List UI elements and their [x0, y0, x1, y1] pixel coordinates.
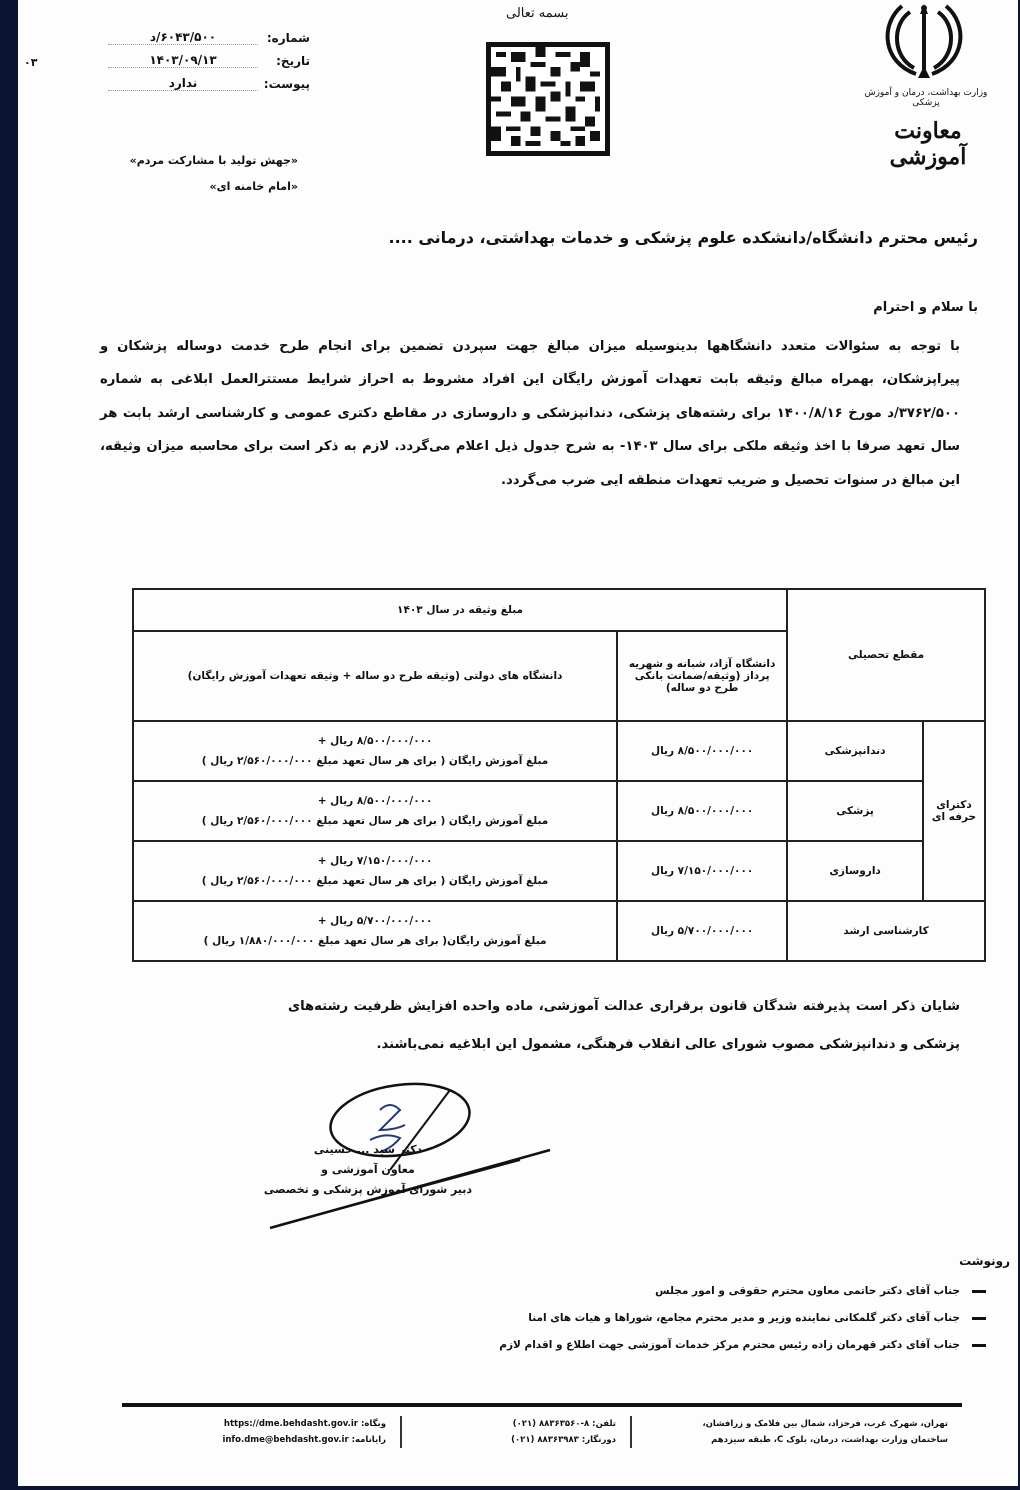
group-label: دکترای حرفه ای	[923, 721, 985, 901]
qr-code-icon	[486, 42, 610, 156]
th-amount-1403: مبلغ وثیقه در سال ۱۴۰۳	[133, 589, 787, 631]
greeting: با سلام و احترام	[873, 300, 978, 315]
bismillah: بسمه تعالی	[506, 6, 568, 21]
meta-number: شماره: ۶۰۴۳/۵۰۰/د	[90, 22, 310, 45]
cell-field: دندانپزشکی	[787, 721, 923, 781]
ministry-name: وزارت بهداشت، درمان و آموزش پزشکی	[856, 88, 996, 108]
letter-page: شماره: ۶۰۴۳/۵۰۰/د تاریخ: ۱۴۰۳/۰۹/۱۳ پیوس…	[18, 0, 1018, 1486]
recipient: رئیس محترم دانشگاه/دانشکده علوم پزشکی و …	[389, 228, 979, 247]
th-private: دانشگاه آزاد، شبانه و شهریه پرداز (وثیقه…	[617, 631, 787, 721]
table-row: داروسازی ۷/۱۵۰/۰۰۰/۰۰۰ ریال ۷/۱۵۰/۰۰۰/۰۰…	[133, 841, 985, 901]
cell-gov: ۸/۵۰۰/۰۰۰/۰۰۰ ریال + مبلغ آموزش رایگان (…	[133, 721, 617, 781]
cell-private: ۷/۱۵۰/۰۰۰/۰۰۰ ریال	[617, 841, 787, 901]
deputy-name: معاونت آموزشی	[858, 118, 998, 170]
table-row: کارشناسی ارشد ۵/۷۰۰/۰۰۰/۰۰۰ ریال ۵/۷۰۰/۰…	[133, 901, 985, 961]
dash-icon	[972, 1317, 986, 1320]
footer-phones: تلفن: (۰۲۱) ۸۸۳۶۳۵۶۰-۸ دورنگار: (۰۲۱) ۸۸…	[402, 1416, 632, 1448]
footer-address: تهران، شهرک غرب، فرحزاد، شمال بین فلامک …	[632, 1416, 962, 1448]
cell-gov: ۷/۱۵۰/۰۰۰/۰۰۰ ریال + مبلغ آموزش رایگان (…	[133, 841, 617, 901]
cell-gov: ۸/۵۰۰/۰۰۰/۰۰۰ ریال + مبلغ آموزش رایگان (…	[133, 781, 617, 841]
dash-icon	[972, 1344, 986, 1347]
table-row: دکترای حرفه ای دندانپزشکی ۸/۵۰۰/۰۰۰/۰۰۰ …	[133, 721, 985, 781]
side-number: ۰۳	[24, 56, 37, 69]
table-row: پزشکی ۸/۵۰۰/۰۰۰/۰۰۰ ریال ۸/۵۰۰/۰۰۰/۰۰۰ ر…	[133, 781, 985, 841]
th-gov: دانشگاه های دولتی (وثیقه طرح دو ساله + و…	[133, 631, 617, 721]
cell-field: پزشکی	[787, 781, 923, 841]
cell-private: ۵/۷۰۰/۰۰۰/۰۰۰ ریال	[617, 901, 787, 961]
deposit-table: مقطع تحصیلی مبلغ وثیقه در سال ۱۴۰۳ دانشگ…	[132, 588, 986, 962]
cc-list: جناب آقای دکتر حاتمی معاون محترم حقوقی و…	[366, 1278, 986, 1359]
signatory: دکتر سید ... حسینی معاون آموزشی و دبیر ش…	[238, 1140, 498, 1200]
cell-field: داروسازی	[787, 841, 923, 901]
motto: «جهش تولید با مشارکت مردم» «امام خامنه ا…	[78, 148, 298, 200]
cc-title: رونوشت	[959, 1254, 1010, 1268]
closing-paragraph: شایان ذکر است پذیرفته شدگان قانون برقرار…	[288, 988, 960, 1064]
meta-attachment: پیوست: ندارد	[90, 68, 310, 91]
cc-item: جناب آقای دکتر گلمکانی نماینده وزیر و مد…	[366, 1305, 986, 1332]
footer-rule	[122, 1403, 962, 1407]
cell-private: ۸/۵۰۰/۰۰۰/۰۰۰ ریال	[617, 721, 787, 781]
cc-item: جناب آقای دکتر قهرمان زاده رئیس محترم مر…	[366, 1332, 986, 1359]
letter-body: با توجه به سئوالات متعدد دانشگاهها بدینو…	[100, 330, 960, 497]
cell-gov: ۵/۷۰۰/۰۰۰/۰۰۰ ریال + مبلغ آموزش رایگان( …	[133, 901, 617, 961]
cell-private: ۸/۵۰۰/۰۰۰/۰۰۰ ریال	[617, 781, 787, 841]
th-level: مقطع تحصیلی	[787, 589, 985, 721]
dash-icon	[972, 1290, 986, 1293]
footer-web: وبگاه: https://dme.behdasht.gov.ir رایان…	[122, 1416, 402, 1448]
emblem-icon	[884, 0, 964, 82]
email-link[interactable]: info.dme@behdasht.gov.ir	[222, 1435, 348, 1445]
cc-item: جناب آقای دکتر حاتمی معاون محترم حقوقی و…	[366, 1278, 986, 1305]
meta-date: تاریخ: ۱۴۰۳/۰۹/۱۳	[90, 45, 310, 68]
website-link[interactable]: https://dme.behdasht.gov.ir	[224, 1419, 358, 1429]
footer: تهران، شهرک غرب، فرحزاد، شمال بین فلامک …	[122, 1416, 962, 1448]
letter-meta: شماره: ۶۰۴۳/۵۰۰/د تاریخ: ۱۴۰۳/۰۹/۱۳ پیوس…	[90, 22, 310, 91]
cell-field: کارشناسی ارشد	[787, 901, 985, 961]
